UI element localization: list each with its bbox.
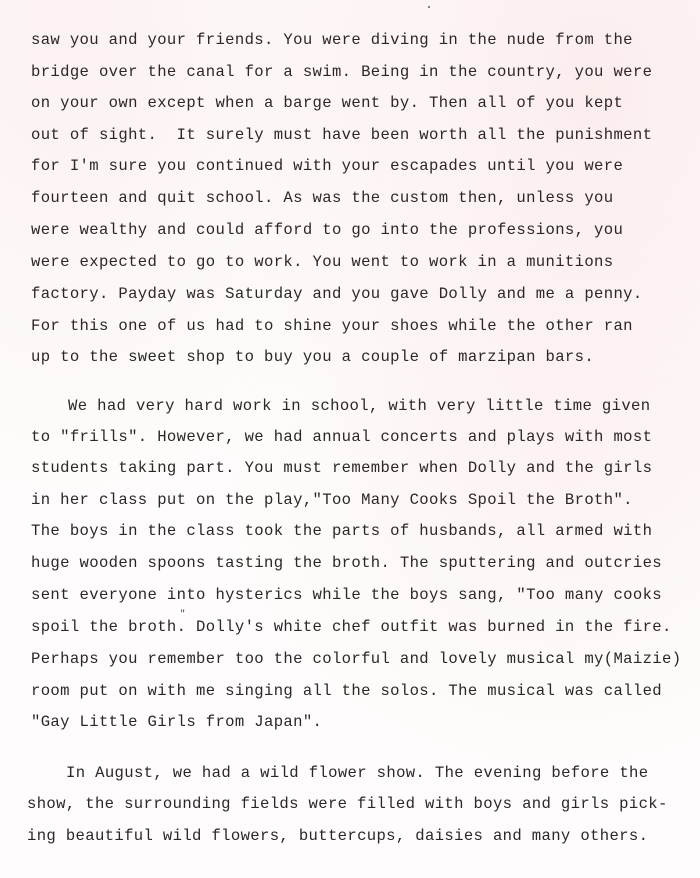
text-line: Perhaps you remember too the colorful an… bbox=[31, 649, 681, 669]
text-line: show, the surrounding fields were filled… bbox=[27, 794, 668, 814]
text-line: ing beautiful wild flowers, buttercups, … bbox=[27, 826, 648, 846]
paper-speck bbox=[428, 6, 430, 8]
text-line: sent everyone into hysterics while the b… bbox=[31, 585, 662, 605]
text-line: students taking part. You must remember … bbox=[31, 458, 652, 478]
text-line: were wealthy and could afford to go into… bbox=[31, 220, 623, 240]
text-line: huge wooden spoons tasting the broth. Th… bbox=[31, 553, 662, 573]
text-line: fourteen and quit school. As was the cus… bbox=[31, 188, 613, 208]
text-line: on your own except when a barge went by.… bbox=[31, 93, 623, 113]
text-line: We had very hard work in school, with ve… bbox=[68, 396, 650, 416]
text-line: factory. Payday was Saturday and you gav… bbox=[31, 284, 643, 304]
text-line: saw you and your friends. You were divin… bbox=[31, 30, 633, 50]
text-line: up to the sweet shop to buy you a couple… bbox=[31, 347, 594, 367]
text-line: for I'm sure you continued with your esc… bbox=[31, 156, 623, 176]
text-line: to "frills". However, we had annual conc… bbox=[31, 427, 652, 447]
text-line: in her class put on the play,"Too Many C… bbox=[31, 490, 633, 510]
text-line: were expected to go to work. You went to… bbox=[31, 252, 613, 272]
typewritten-page: saw you and your friends. You were divin… bbox=[0, 0, 700, 878]
text-line: "Gay Little Girls from Japan". bbox=[31, 712, 322, 732]
text-line: The boys in the class took the parts of … bbox=[31, 521, 652, 541]
text-line: In August, we had a wild flower show. Th… bbox=[66, 763, 648, 783]
handwritten-quote-mark: " bbox=[180, 609, 185, 619]
text-line: out of sight. It surely must have been w… bbox=[31, 125, 652, 145]
text-line: For this one of us had to shine your sho… bbox=[31, 316, 633, 336]
text-line: spoil the broth. Dolly's white chef outf… bbox=[31, 617, 672, 637]
text-line: bridge over the canal for a swim. Being … bbox=[31, 62, 652, 82]
text-line: room put on with me singing all the solo… bbox=[31, 681, 662, 701]
